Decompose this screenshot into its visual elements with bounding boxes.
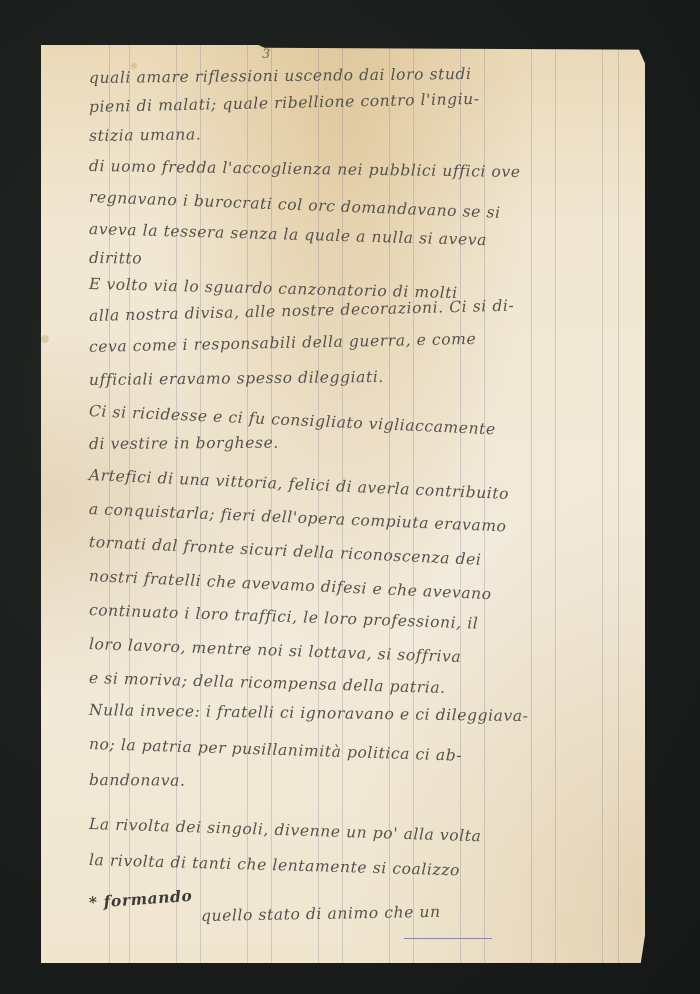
text-line: alla nostra divisa, alle nostre decorazi…: [89, 297, 515, 325]
text-line: quello stato di animo che un: [201, 903, 441, 925]
text-line: quali amare riflessioni uscendo dai loro…: [89, 65, 472, 87]
manuscript-page: 3 quali amare riflessioni uscendo dai lo…: [41, 45, 645, 963]
ruling-line: [602, 45, 603, 963]
underline-mark: [404, 938, 492, 939]
text-line: pieni di malati; quale ribellione contro…: [89, 90, 480, 116]
paper-stain: [41, 335, 49, 343]
text-line: Ci si ricidesse e ci fu consigliato vigl…: [89, 402, 497, 438]
ruling-line: [484, 45, 485, 963]
text-line: stizia umana.: [89, 125, 202, 145]
text-line: nostri fratelli che avevamo difesi e che…: [89, 567, 492, 603]
text-line: ceva come i responsabili della guerra, e…: [89, 330, 477, 356]
text-line: regnavano i burocrati col orc domandavan…: [89, 188, 501, 222]
text-line: tornati dal fronte sicuri della riconosc…: [89, 533, 482, 569]
margin-note: * formando: [88, 886, 193, 912]
text-line: la rivolta di tanti che lentamente si co…: [89, 851, 460, 879]
text-line: bandonava.: [89, 771, 186, 790]
page-number: 3: [262, 47, 270, 62]
ruling-line: [555, 45, 556, 963]
text-line: Nulla invece: i fratelli ci ignoravano e…: [89, 701, 529, 725]
text-line: E volto via lo sguardo canzonatorio di m…: [89, 275, 458, 302]
text-line: di uomo fredda l'accoglienza nei pubblic…: [89, 157, 521, 181]
text-line: aveva la tessera senza la quale a nulla …: [89, 220, 487, 249]
ruling-line: [531, 45, 532, 963]
text-line: ufficiali eravamo spesso dileggiati.: [89, 368, 384, 389]
text-line: La rivolta dei singoli, divenne un po' a…: [89, 815, 482, 845]
text-line: a conquistarla; fieri dell'opera compiut…: [89, 500, 507, 535]
text-line: e si moriva; della ricompensa della patr…: [89, 669, 446, 697]
text-line: diritto: [89, 249, 142, 267]
text-line: loro lavoro, mentre noi si lottava, si s…: [89, 635, 462, 666]
text-line: di vestire in borghese.: [89, 434, 279, 453]
text-line-content: quello stato di animo che un: [201, 903, 441, 925]
text-line: no; la patria per pusillanimità politica…: [89, 735, 463, 765]
ruling-line: [460, 45, 461, 963]
ruling-line: [618, 45, 619, 963]
text-line: continuato i loro traffici, le loro prof…: [89, 601, 479, 633]
text-line: Artefici di una vittoria, felici di aver…: [89, 466, 510, 503]
